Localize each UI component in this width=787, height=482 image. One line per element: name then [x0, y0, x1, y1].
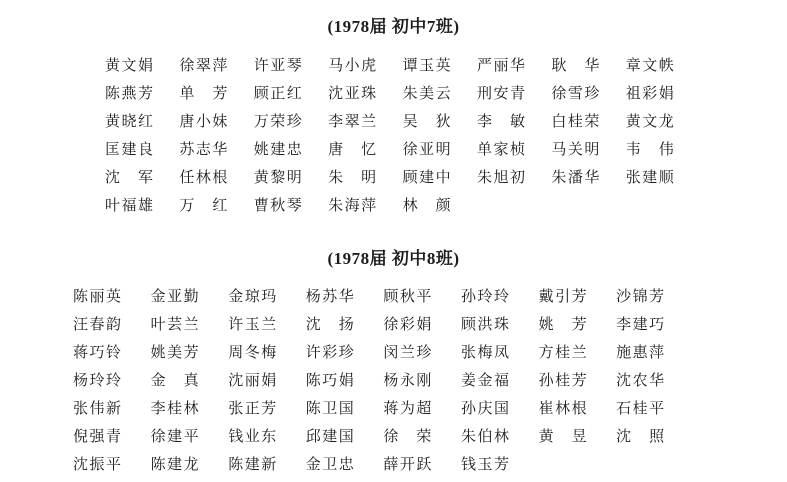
- student-name: 严丽华: [477, 54, 551, 75]
- student-name: 曹秋琴: [254, 194, 328, 215]
- student-name: 杨永刚: [383, 369, 461, 390]
- student-name: 陈巧娟: [306, 369, 384, 390]
- student-name: 马关明: [551, 138, 625, 159]
- name-row: 汪春韵叶芸兰许玉兰沈 扬徐彩娟顾洪珠姚 芳李建巧: [73, 309, 694, 337]
- student-name: 许亚琴: [254, 54, 328, 75]
- student-name: 朱海萍: [328, 194, 402, 215]
- student-name: 陈燕芳: [105, 82, 179, 103]
- student-name: 李 敏: [477, 110, 551, 131]
- student-name: 陈丽英: [73, 285, 151, 306]
- student-name: 徐 荣: [383, 425, 461, 446]
- student-name: 谭玉英: [403, 54, 477, 75]
- student-name: 黄 昱: [539, 425, 617, 446]
- student-name: 钱玉芳: [461, 453, 539, 474]
- student-name: 沈振平: [73, 453, 151, 474]
- student-name: 单家桢: [477, 138, 551, 159]
- student-name: 黄文龙: [626, 110, 700, 131]
- student-name: 祖彩娟: [626, 82, 700, 103]
- student-name: 叶芸兰: [151, 313, 229, 334]
- student-name: 李建巧: [616, 313, 694, 334]
- student-name: 蒋为超: [383, 397, 461, 418]
- student-name: 蒋巧铃: [73, 341, 151, 362]
- student-name: 姚 芳: [539, 313, 617, 334]
- name-row: 杨玲玲金 真沈丽娟陈巧娟杨永刚姜金福孙桂芳沈农华: [73, 365, 694, 393]
- student-name: 顾正红: [254, 82, 328, 103]
- name-row: 匡建良苏志华姚建忠唐 忆徐亚明单家桢马关明韦 伟: [105, 134, 700, 162]
- student-name: 闵兰珍: [383, 341, 461, 362]
- student-name: 金卫忠: [306, 453, 384, 474]
- student-name: 姚建忠: [254, 138, 328, 159]
- student-name: 万荣珍: [254, 110, 328, 131]
- student-name: 周冬梅: [228, 341, 306, 362]
- student-name: 叶福雄: [105, 194, 179, 215]
- student-name: 汪春韵: [73, 313, 151, 334]
- student-name: 张正芳: [228, 397, 306, 418]
- name-row: 倪强青徐建平钱业东邱建国徐 荣朱伯林黄 昱沈 照: [73, 421, 694, 449]
- student-name: 孙桂芳: [539, 369, 617, 390]
- student-name: 唐小妹: [179, 110, 253, 131]
- student-name: 杨苏华: [306, 285, 384, 306]
- student-name: 施惠萍: [616, 341, 694, 362]
- student-name: 万 红: [179, 194, 253, 215]
- student-name: 戴引芳: [539, 285, 617, 306]
- student-name: 沙锦芳: [616, 285, 694, 306]
- student-name: 林 颜: [403, 194, 477, 215]
- student-name: 朱潘华: [551, 166, 625, 187]
- student-name: 金琼玛: [228, 285, 306, 306]
- student-name: 邱建国: [306, 425, 384, 446]
- student-name: 金 真: [151, 369, 229, 390]
- name-row: 蒋巧铃姚美芳周冬梅许彩珍闵兰珍张梅凤方桂兰施惠萍: [73, 337, 694, 365]
- student-name: 姜金福: [461, 369, 539, 390]
- student-name: 孙庆国: [461, 397, 539, 418]
- name-row: 叶福雄万 红曹秋琴朱海萍林 颜: [105, 190, 700, 218]
- student-name: 陈卫国: [306, 397, 384, 418]
- section-title-class7: (1978届 初中7班): [0, 12, 787, 37]
- student-name: 崔林根: [539, 397, 617, 418]
- student-name: 黄文娟: [105, 54, 179, 75]
- student-name: 石桂平: [616, 397, 694, 418]
- section-title-class8: (1978届 初中8班): [0, 244, 787, 269]
- student-name: 许玉兰: [228, 313, 306, 334]
- student-name: 李翠兰: [328, 110, 402, 131]
- name-grid-class8: 陈丽英金亚勤金琼玛杨苏华顾秋平孙玲玲戴引芳沙锦芳汪春韵叶芸兰许玉兰沈 扬徐彩娟顾…: [73, 281, 694, 477]
- name-row: 张伟新李桂林张正芳陈卫国蒋为超孙庆国崔林根石桂平: [73, 393, 694, 421]
- student-name: 匡建良: [105, 138, 179, 159]
- student-name: 沈农华: [616, 369, 694, 390]
- student-name: 朱美云: [403, 82, 477, 103]
- student-name: 张伟新: [73, 397, 151, 418]
- student-name: 任林根: [179, 166, 253, 187]
- student-name: 顾建中: [403, 166, 477, 187]
- student-name: 徐建平: [151, 425, 229, 446]
- student-name: 张建顺: [626, 166, 700, 187]
- student-name: 韦 伟: [626, 138, 700, 159]
- student-name: 薛开跃: [383, 453, 461, 474]
- student-name: 刑安青: [477, 82, 551, 103]
- student-name: 朱旭初: [477, 166, 551, 187]
- student-name: 钱业东: [228, 425, 306, 446]
- name-row: 陈丽英金亚勤金琼玛杨苏华顾秋平孙玲玲戴引芳沙锦芳: [73, 281, 694, 309]
- student-name: 吴 狄: [403, 110, 477, 131]
- name-row: 陈燕芳单 芳顾正红沈亚珠朱美云刑安青徐雪珍祖彩娟: [105, 78, 700, 106]
- name-row: 黄文娟徐翠萍许亚琴马小虎谭玉英严丽华耿 华章文帙: [105, 50, 700, 78]
- student-name: 沈亚珠: [328, 82, 402, 103]
- student-name: 苏志华: [179, 138, 253, 159]
- student-name: 许彩珍: [306, 341, 384, 362]
- student-name: 沈 军: [105, 166, 179, 187]
- name-row: 黄晓红唐小妹万荣珍李翠兰吴 狄李 敏白桂荣黄文龙: [105, 106, 700, 134]
- student-name: 顾秋平: [383, 285, 461, 306]
- student-name: 黄晓红: [105, 110, 179, 131]
- student-name: 顾洪珠: [461, 313, 539, 334]
- student-name: 唐 忆: [328, 138, 402, 159]
- student-name: 徐翠萍: [179, 54, 253, 75]
- student-name: 杨玲玲: [73, 369, 151, 390]
- student-name: 孙玲玲: [461, 285, 539, 306]
- student-name: 章文帙: [626, 54, 700, 75]
- student-name: 方桂兰: [539, 341, 617, 362]
- student-name: 倪强青: [73, 425, 151, 446]
- name-row: 沈振平陈建龙陈建新金卫忠薛开跃钱玉芳: [73, 449, 694, 477]
- student-name: 徐亚明: [403, 138, 477, 159]
- student-name: 徐彩娟: [383, 313, 461, 334]
- student-name: 朱 明: [328, 166, 402, 187]
- student-name: 黄黎明: [254, 166, 328, 187]
- student-name: 沈 照: [616, 425, 694, 446]
- student-name: 徐雪珍: [551, 82, 625, 103]
- student-name: 沈 扬: [306, 313, 384, 334]
- student-name: 陈建龙: [151, 453, 229, 474]
- student-name: 金亚勤: [151, 285, 229, 306]
- student-name: 马小虎: [328, 54, 402, 75]
- student-name: 陈建新: [228, 453, 306, 474]
- student-name: 姚美芳: [151, 341, 229, 362]
- student-name: 沈丽娟: [228, 369, 306, 390]
- student-name: 单 芳: [179, 82, 253, 103]
- name-grid-class7: 黄文娟徐翠萍许亚琴马小虎谭玉英严丽华耿 华章文帙陈燕芳单 芳顾正红沈亚珠朱美云刑…: [105, 50, 700, 218]
- student-name: 耿 华: [551, 54, 625, 75]
- student-name: 白桂荣: [551, 110, 625, 131]
- student-name: 朱伯林: [461, 425, 539, 446]
- name-row: 沈 军任林根黄黎明朱 明顾建中朱旭初朱潘华张建顺: [105, 162, 700, 190]
- student-name: 李桂林: [151, 397, 229, 418]
- student-name: 张梅凤: [461, 341, 539, 362]
